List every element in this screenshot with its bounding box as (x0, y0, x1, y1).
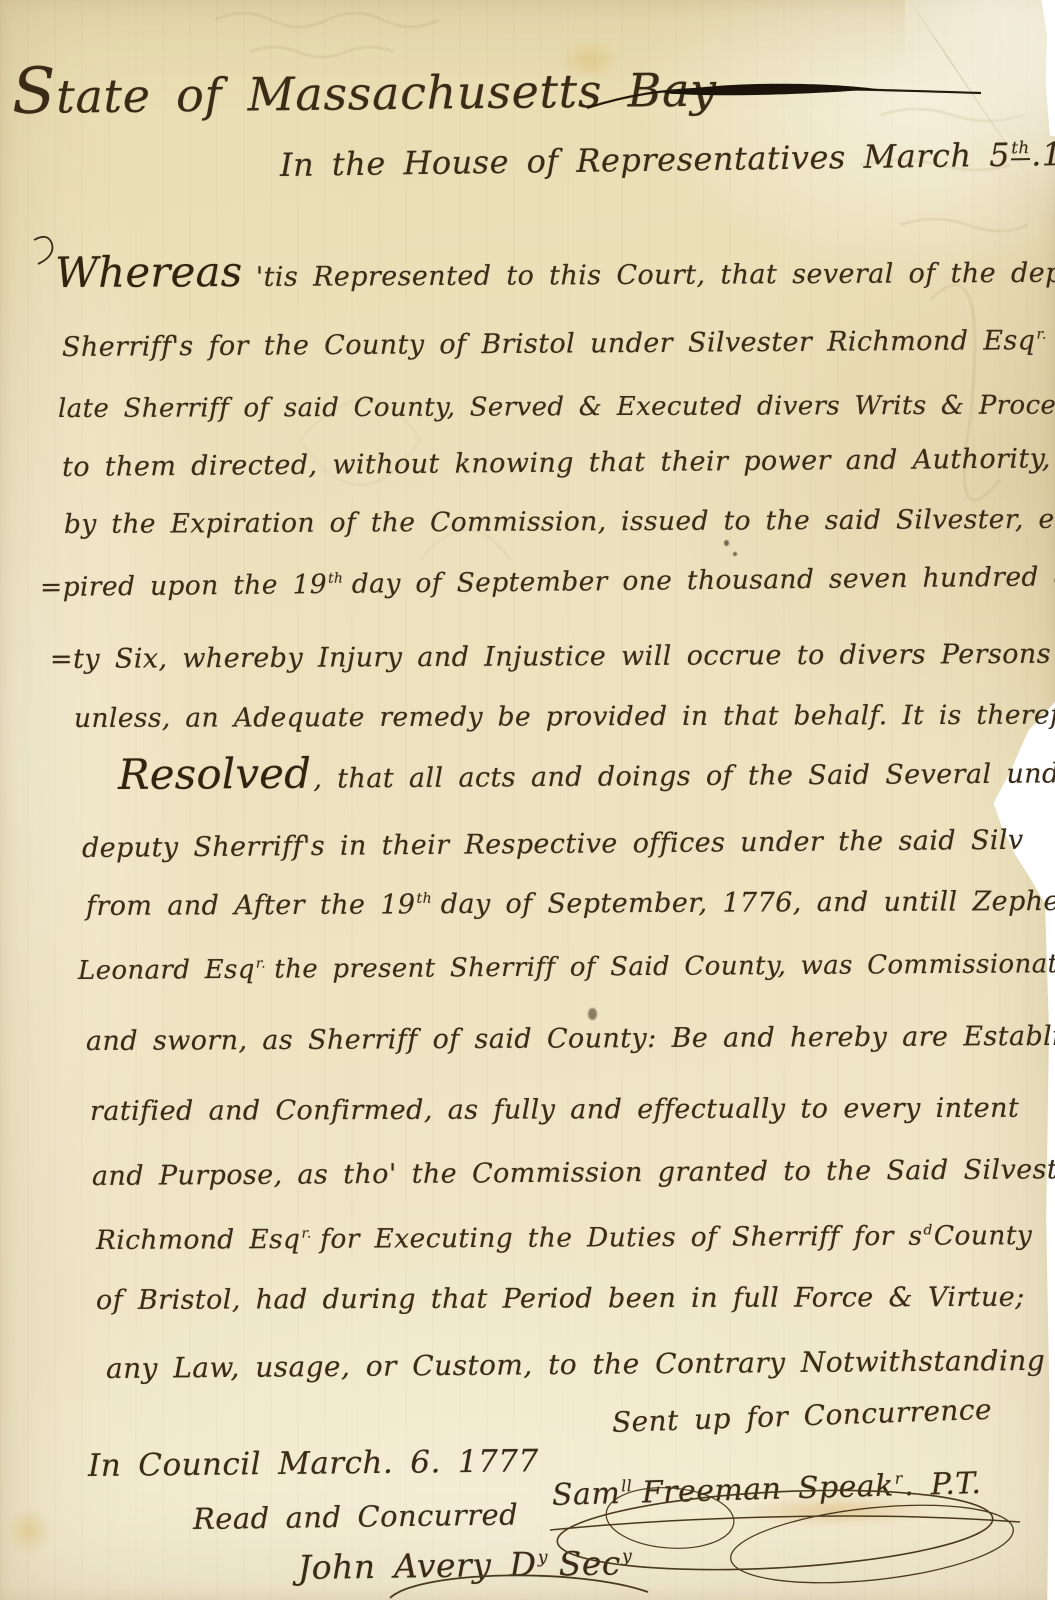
signature-text: Sam (552, 1476, 621, 1513)
resolved-word: Resolved (118, 749, 312, 799)
document-page: State of Massachusetts Bay In the House … (0, 0, 1055, 1600)
line-text: ratified and Confirmed, as fully and eff… (90, 1093, 1019, 1127)
line-whereas: Whereas'tis Represented to this Court, t… (55, 242, 1055, 297)
superscript: ll (621, 1477, 632, 1495)
state-title-text: State of Massachusetts Bay (12, 63, 717, 124)
state-title-line: State of Massachusetts Bay (12, 47, 718, 128)
secretary-signature: John Avery DySecy (298, 1543, 634, 1587)
line-text: In Council March. 6. 1777 (88, 1443, 539, 1484)
line-text: day of September, 1776, and untill Zephe… (441, 886, 1055, 920)
line-text: the present Sherriff of Said County, was… (274, 949, 1055, 985)
superscript: y (538, 1548, 548, 1568)
line-text: for Executing the Duties of Sherriff for… (320, 1221, 922, 1255)
line-resolved: Resolved, that all acts and doings of th… (118, 743, 1055, 799)
signature-text: . P.T. (904, 1466, 982, 1503)
line-14: ratified and Confirmed, as fully and eff… (90, 1093, 1019, 1127)
read-concurred-line: Read and Concurred (193, 1497, 519, 1536)
line-7: =ty Six, whereby Injury and Injustice wi… (50, 639, 1051, 675)
line-5: by the Expiration of the Commission, iss… (64, 504, 1055, 540)
line-3: late Sherriff of said County, Served & E… (58, 390, 1055, 424)
line-text: by the Expiration of the Commission, iss… (64, 504, 1055, 540)
line-text: County (934, 1220, 1033, 1252)
line-text: and sworn, as Sherriff of said County: B… (86, 1021, 1055, 1057)
signature-text: Sec (558, 1543, 621, 1583)
line-17: of Bristol, had during that Period been … (96, 1282, 1025, 1316)
superscript: th (416, 891, 432, 907)
line-text: late Sherriff of said County, Served & E… (58, 390, 1055, 424)
line-text: Read and Concurred (193, 1497, 519, 1536)
council-line: In Council March. 6. 1777 (88, 1443, 539, 1484)
line-text: , that all acts and doings of the Said S… (313, 758, 1055, 794)
line-13: and sworn, as Sherriff of said County: B… (86, 1021, 1055, 1057)
line-11: from and After the 19thday of September,… (86, 886, 1055, 922)
session-year: .1777 (1031, 134, 1055, 173)
line-text: Richmond Esq (96, 1224, 301, 1256)
line-16: Richmond Esqr.for Executing the Duties o… (96, 1220, 1032, 1256)
line-text: unless, an Adequate remedy be provided i… (74, 699, 1055, 734)
line-text: of Bristol, had during that Period been … (96, 1282, 1025, 1316)
line-text: Leonard Esq (78, 955, 255, 986)
line-text: =ty Six, whereby Injury and Injustice wi… (50, 639, 1051, 675)
superscript: d (923, 1222, 932, 1238)
line-text: =pired upon the 19 (40, 569, 327, 603)
line-8: unless, an Adequate remedy be provided i… (74, 699, 1055, 734)
superscript: r. (1036, 327, 1047, 343)
line-text: from and After the 19 (86, 889, 416, 922)
whereas-word: Whereas (55, 247, 243, 297)
line-text: 'tis Represented to this Court, that sev… (256, 257, 1055, 292)
superscript: r (895, 1470, 903, 1488)
superscript: y (622, 1546, 632, 1566)
signature-text: John Avery D (298, 1545, 537, 1587)
signature-text: Freeman Speak (641, 1468, 894, 1510)
superscript: r. (301, 1226, 311, 1242)
session-superscript: th (1011, 138, 1030, 160)
superscript: th (328, 570, 343, 586)
superscript: r. (256, 956, 266, 972)
